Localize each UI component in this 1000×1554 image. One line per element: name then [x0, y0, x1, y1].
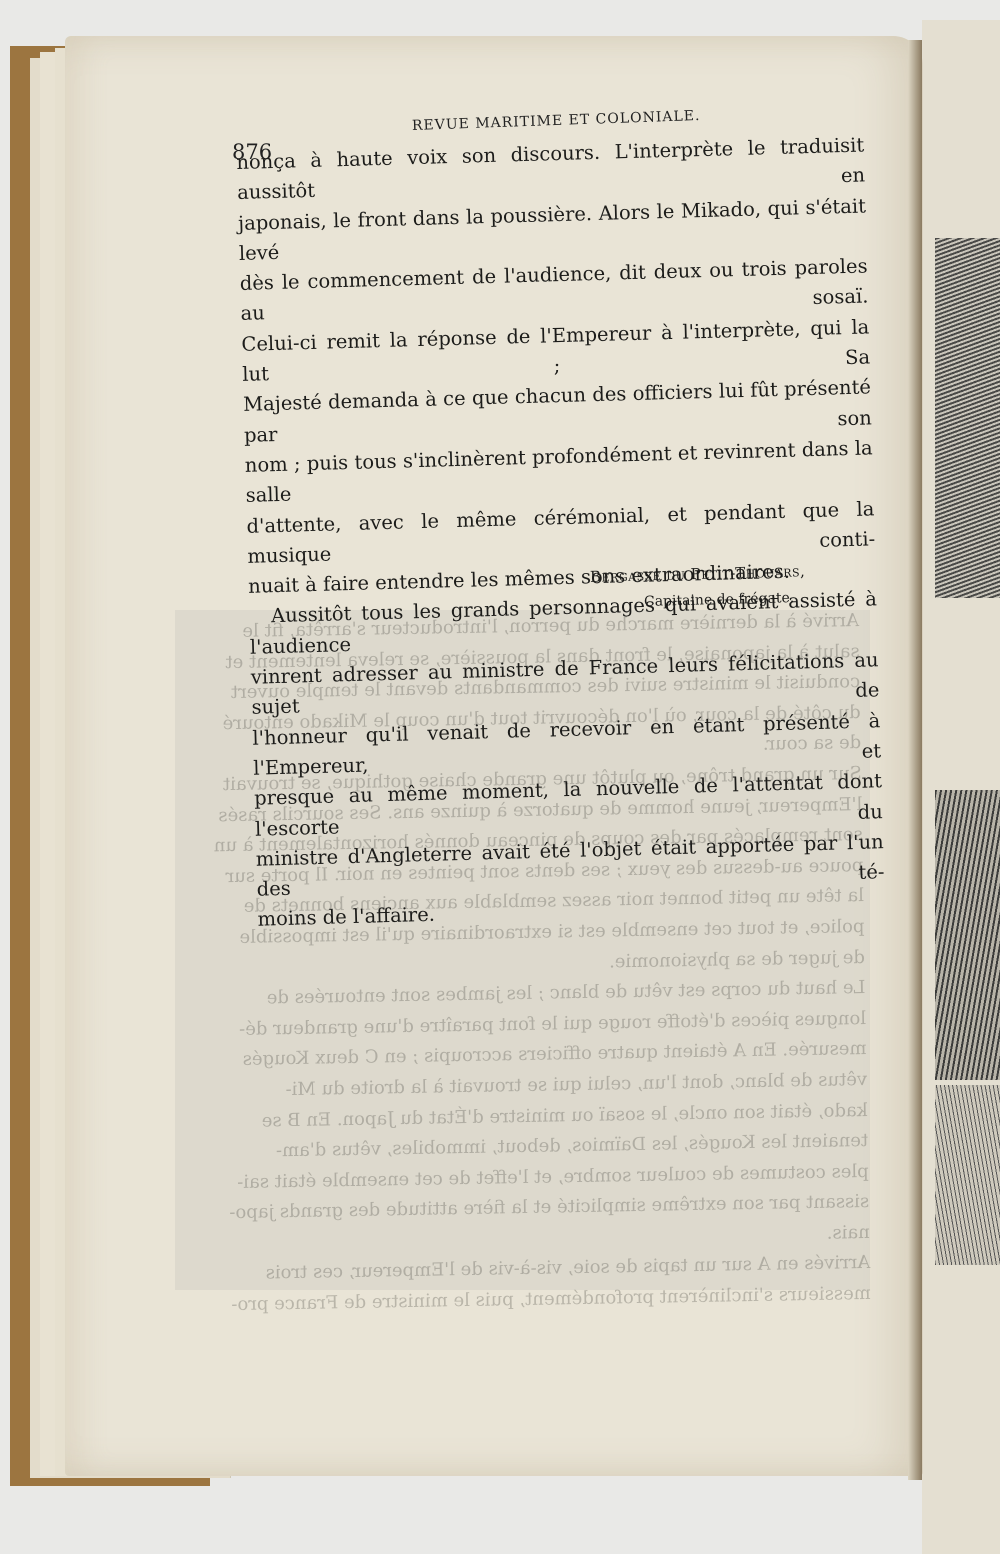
engraving-illustration-ground	[935, 1085, 1000, 1265]
engraving-illustration-trees	[935, 790, 1000, 1080]
body-text: nonça à haute voix son discours. L'inter…	[236, 130, 886, 935]
page-gutter	[908, 40, 922, 1480]
running-head: REVUE MARITIME ET COLONIALE.	[412, 108, 701, 134]
engraving-illustration-roof	[935, 238, 1000, 598]
